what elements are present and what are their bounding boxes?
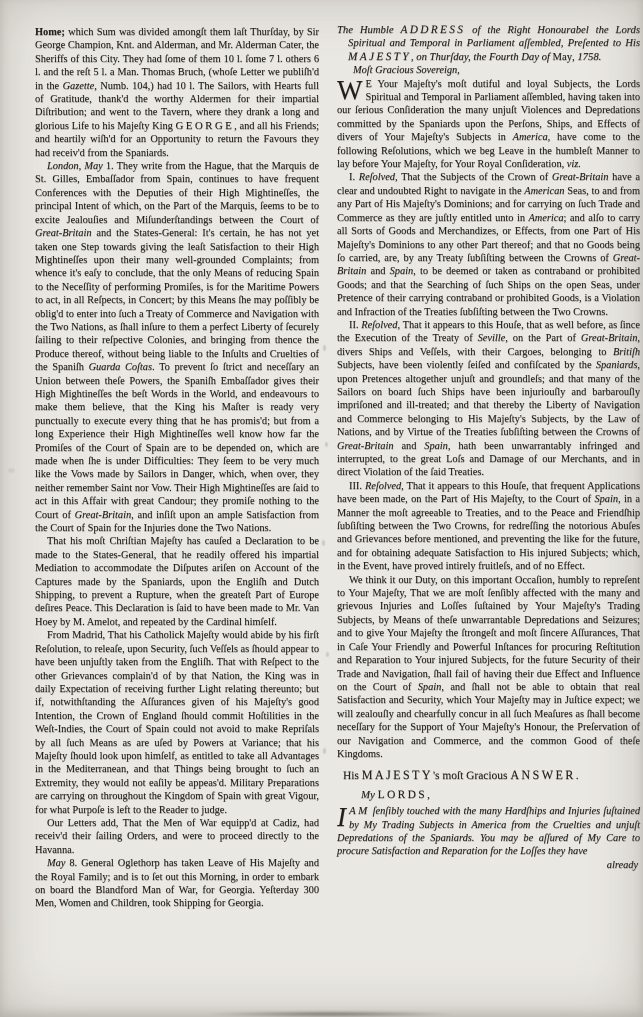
duty-paragraph: We think it our Duty, on this important … [337, 574, 640, 762]
drop-cap-initial: I [337, 805, 349, 828]
drop-cap-initial: W [337, 78, 366, 101]
most-gracious-sovereign-line: Moſt Gracious Sovereign, [337, 64, 640, 77]
christian-majesty-paragraph: That his moſt Chriſtian Majeſty has cauſ… [35, 535, 319, 629]
left-text-column: Home; which Sum was divided amongſt them… [35, 26, 319, 911]
gutter-stain-mark [323, 345, 326, 351]
gutter-stain-mark [322, 540, 325, 546]
news-continuation-paragraph: Home; which Sum was divided amongſt them… [35, 26, 319, 160]
gutter-stain-mark [323, 748, 326, 754]
resolution-1-paragraph: I. Reſolved, That the Subjects of the Cr… [337, 171, 640, 318]
answer-heading: His MAJESTY's moſt Gracious ANSWER. [337, 769, 640, 783]
page-edge-smudge [205, 1011, 455, 1017]
london-may-1-paragraph: London, May 1. They write from the Hague… [35, 160, 319, 535]
from-madrid-paragraph: From Madrid, That his Catholick Majeſty … [35, 629, 319, 817]
answer-paragraph: IAM ſenſibly touched with the many Hardſ… [337, 805, 640, 859]
may-8-oglethorp-paragraph: May 8. General Oglethorp has taken Leave… [35, 857, 319, 911]
resolution-3-paragraph: III. Reſolved, That it appears to this H… [337, 480, 640, 574]
address-opening-paragraph: WE Your Majeſty's moſt dutiful and loyal… [337, 78, 640, 172]
newspaper-page-scan: Home; which Sum was divided amongſt them… [0, 0, 643, 1017]
resolution-2-paragraph: II. Reſolved, That it appears to this Ho… [337, 319, 640, 480]
margin-fox-spot [8, 468, 15, 473]
my-lords-line: My LORDS, [337, 789, 640, 802]
right-text-column: The Humble ADDRESS of the Right Honourab… [337, 24, 640, 872]
address-heading: The Humble ADDRESS of the Right Honourab… [337, 24, 640, 64]
gutter-stain-mark [325, 442, 328, 447]
gutter-stain-mark [326, 652, 329, 657]
catchword: already [337, 859, 640, 872]
our-letters-add-paragraph: Our Letters add, That the Men of War equ… [35, 817, 319, 857]
